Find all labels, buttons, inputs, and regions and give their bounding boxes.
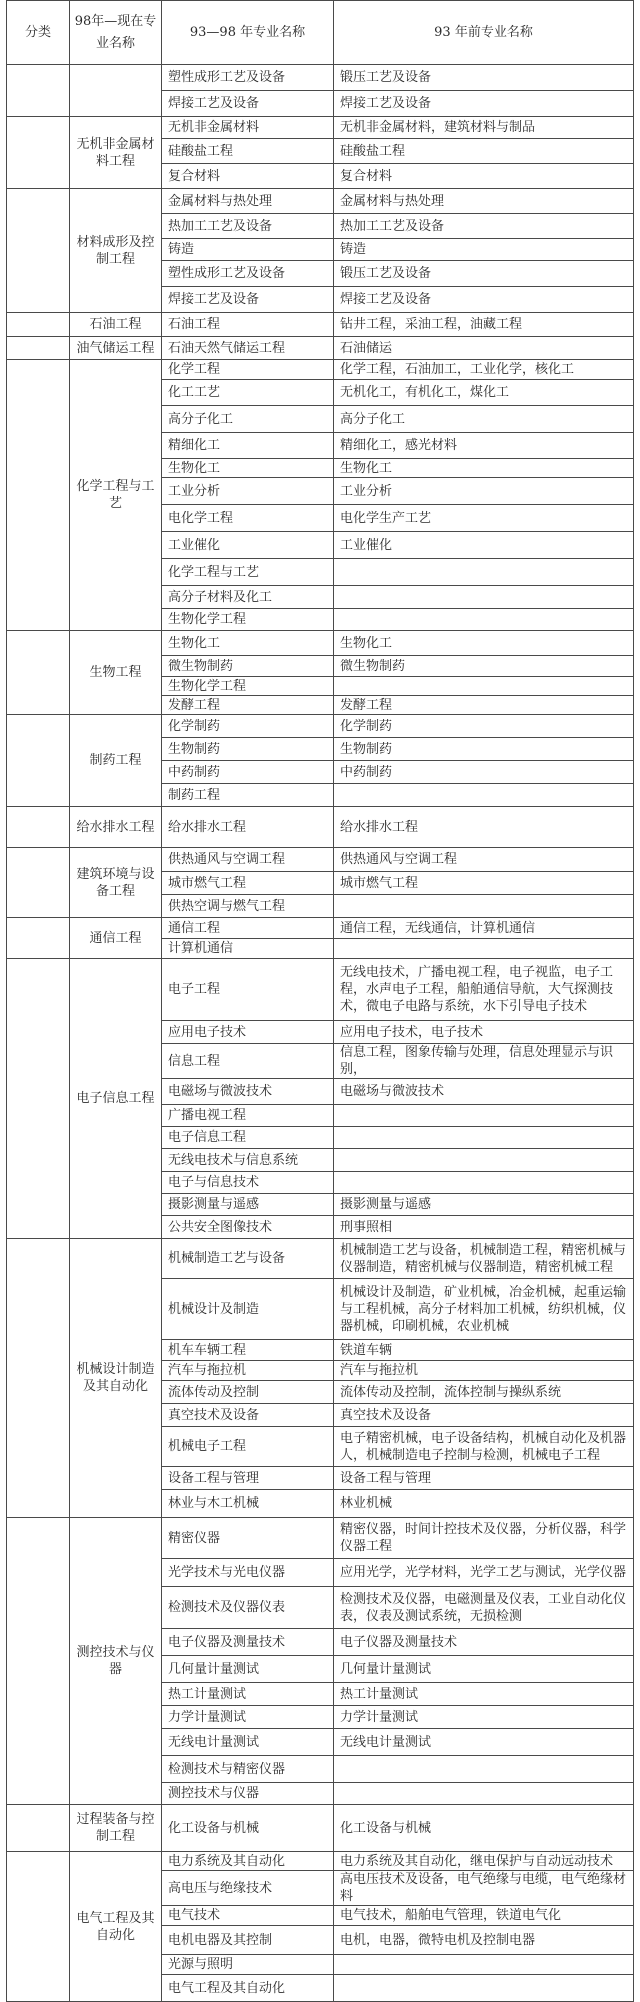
current-major-name: 化学工程与工艺	[70, 360, 162, 631]
old-major-name	[334, 939, 634, 959]
old-major-name: 电力系统及其自动化，继电保护与自动远动技术	[334, 1852, 634, 1871]
old-major-name: 流体传动及控制，流体控制与操纵系统	[334, 1381, 634, 1404]
current-major-name: 建筑环境与设备工程	[70, 848, 162, 918]
old-major-name: 供热通风与空调工程	[334, 848, 634, 872]
old-major-name: 电子仪器及测量技术	[334, 1629, 634, 1656]
mid-major-name: 机械电子工程	[162, 1427, 334, 1467]
current-major-name: 通信工程	[70, 918, 162, 959]
old-major-name: 复合材料	[334, 164, 634, 189]
mid-major-name: 光源与照明	[162, 1955, 334, 1963]
current-major-name: 无机非金属材料工程	[70, 117, 162, 189]
old-major-name: 硅酸盐工程	[334, 139, 634, 164]
mid-major-name: 化工工艺	[162, 380, 334, 406]
old-major-name: 铸造	[334, 239, 634, 261]
old-major-name: 金属材料与热处理	[334, 189, 634, 214]
mid-major-name: 精密仪器	[162, 1518, 334, 1559]
table-header: 分类 98年—现在专业名称 93—98 年专业名称 93 年前专业名称	[7, 1, 634, 65]
mid-major-name: 电子工程	[162, 959, 334, 1021]
category-cell	[7, 360, 70, 631]
mid-major-name: 生物化学工程	[162, 609, 334, 631]
old-major-name: 无线电计量测试	[334, 1729, 634, 1756]
old-major-name: 机械制造工艺与设备，机械制造工程，精密机械与仪器制造，精密机械与仪器制造，精密机…	[334, 1239, 634, 1279]
mid-major-name: 给水排水工程	[162, 807, 334, 848]
current-major-name: 电子信息工程	[70, 959, 162, 1239]
old-major-name	[334, 1783, 634, 1805]
old-major-name: 汽车与拖拉机	[334, 1361, 634, 1381]
mid-major-name: 硅酸盐工程	[162, 139, 334, 164]
old-major-name	[334, 784, 634, 807]
current-major-name: 生物工程	[70, 631, 162, 715]
old-major-name	[334, 895, 634, 918]
mid-major-name: 电机电器及其控制	[162, 1926, 334, 1955]
mid-major-name: 设备工程与管理	[162, 1467, 334, 1490]
old-major-name: 发酵工程	[334, 696, 634, 715]
mid-major-name: 金属材料与热处理	[162, 189, 334, 214]
old-major-name: 真空技术及设备	[334, 1404, 634, 1427]
old-major-name: 给水排水工程	[334, 807, 634, 848]
old-major-name: 焊接工艺及设备	[334, 287, 634, 313]
old-major-name	[334, 1955, 634, 1963]
mid-major-name: 无线电计量测试	[162, 1729, 334, 1756]
mid-major-name: 生物化工	[162, 459, 334, 478]
old-major-name: 力学计量测试	[334, 1706, 634, 1729]
mid-major-name: 生物制药	[162, 738, 334, 761]
mid-major-name: 生物化工	[162, 631, 334, 656]
mid-major-name: 中药制药	[162, 761, 334, 784]
old-major-name	[334, 1149, 634, 1172]
header-category: 分类	[7, 1, 70, 65]
table-row: 给水排水工程给水排水工程给水排水工程	[7, 807, 634, 848]
old-major-name: 焊接工艺及设备	[334, 91, 634, 117]
table-body: 塑性成形工艺及设备锻压工艺及设备焊接工艺及设备焊接工艺及设备无机非金属材料工程无…	[7, 65, 634, 1963]
old-major-name: 设备工程与管理	[334, 1467, 634, 1490]
mid-major-name: 光学技术与光电仪器	[162, 1559, 334, 1587]
old-major-name: 电子精密机械，电子设备结构，机械自动化及机器人，机械制造电子控制与检测，机械电子…	[334, 1427, 634, 1467]
old-major-name: 无机非金属材料，建筑材料与制品	[334, 117, 634, 139]
old-major-name	[334, 609, 634, 631]
mid-major-name: 力学计量测试	[162, 1706, 334, 1729]
category-cell	[7, 65, 70, 117]
mid-major-name: 供热空调与燃气工程	[162, 895, 334, 918]
old-major-name: 通信工程，无线通信，计算机通信	[334, 918, 634, 939]
category-cell	[7, 848, 70, 918]
old-major-name: 化学制药	[334, 715, 634, 738]
category-cell	[7, 807, 70, 848]
mid-major-name: 微生物制药	[162, 656, 334, 677]
mid-major-name: 电子与信息技术	[162, 1172, 334, 1194]
category-cell	[7, 313, 70, 337]
header-old-name: 93 年前专业名称	[334, 1, 634, 65]
old-major-name: 电化学生产工艺	[334, 505, 634, 532]
old-major-name: 生物化工	[334, 631, 634, 656]
mid-major-name: 发酵工程	[162, 696, 334, 715]
mid-major-name: 热加工工艺及设备	[162, 214, 334, 239]
mid-major-name: 无线电技术与信息系统	[162, 1149, 334, 1172]
mid-major-name: 石油工程	[162, 313, 334, 337]
mid-major-name: 化学工程与工艺	[162, 559, 334, 586]
old-major-name: 电气技术，船舶电气管理，铁道电气化	[334, 1906, 634, 1926]
mid-major-name: 化学工程	[162, 360, 334, 380]
mid-major-name: 机械制造工艺与设备	[162, 1239, 334, 1279]
table-row: 无机非金属材料工程无机非金属材料无机非金属材料，建筑材料与制品	[7, 117, 634, 139]
category-cell	[7, 1852, 70, 1963]
mid-major-name: 公共安全图像技术	[162, 1216, 334, 1239]
old-major-name: 刑事照相	[334, 1216, 634, 1239]
mid-major-name: 复合材料	[162, 164, 334, 189]
header-row: 分类 98年—现在专业名称 93—98 年专业名称 93 年前专业名称	[7, 1, 634, 65]
mid-major-name: 高电压与绝缘技术	[162, 1871, 334, 1906]
table-row: 测控技术与仪器精密仪器精密仪器，时间计控技术及仪器，分析仪器，科学仪器工程	[7, 1518, 634, 1559]
old-major-name: 机械设计及制造，矿业机械，冶金机械，起重运输与工程机械，高分子材料加工机械，纺织…	[334, 1279, 634, 1340]
mid-major-name: 电气技术	[162, 1906, 334, 1926]
table-row: 塑性成形工艺及设备锻压工艺及设备	[7, 65, 634, 91]
mid-major-name: 工业催化	[162, 532, 334, 559]
old-major-name: 石油储运	[334, 337, 634, 360]
old-major-name: 精密仪器，时间计控技术及仪器，分析仪器，科学仪器工程	[334, 1518, 634, 1559]
mid-major-name: 几何量计量测试	[162, 1656, 334, 1683]
category-cell	[7, 631, 70, 715]
old-major-name: 林业机械	[334, 1490, 634, 1518]
mid-major-name: 电子仪器及测量技术	[162, 1629, 334, 1656]
current-major-name: 油气储运工程	[70, 337, 162, 360]
mid-major-name: 热工计量测试	[162, 1683, 334, 1706]
mid-major-name: 生物化学工程	[162, 677, 334, 696]
mid-major-name: 检测技术及仪器仪表	[162, 1587, 334, 1629]
major-comparison-table: 分类 98年—现在专业名称 93—98 年专业名称 93 年前专业名称 塑性成形…	[6, 0, 634, 1962]
mid-major-name: 机车车辆工程	[162, 1340, 334, 1361]
old-major-name: 几何量计量测试	[334, 1656, 634, 1683]
header-current-name: 98年—现在专业名称	[70, 1, 162, 65]
table-row: 过程装备与控制工程化工设备与机械化工设备与机械	[7, 1805, 634, 1852]
current-major-name: 给水排水工程	[70, 807, 162, 848]
old-major-name: 电磁场与微波技术	[334, 1079, 634, 1105]
old-major-name	[334, 1105, 634, 1127]
category-cell	[7, 117, 70, 189]
old-major-name: 应用光学，光学材料，光学工艺与测试，光学仪器	[334, 1559, 634, 1587]
old-major-name: 钻井工程，采油工程，油藏工程	[334, 313, 634, 337]
category-cell	[7, 959, 70, 1239]
current-major-name: 过程装备与控制工程	[70, 1805, 162, 1852]
mid-major-name: 电磁场与微波技术	[162, 1079, 334, 1105]
mid-major-name: 城市燃气工程	[162, 872, 334, 895]
mid-major-name: 计算机通信	[162, 939, 334, 959]
old-major-name: 锻压工艺及设备	[334, 261, 634, 287]
mid-major-name: 真空技术及设备	[162, 1404, 334, 1427]
current-major-name	[70, 65, 162, 117]
mid-major-name: 应用电子技术	[162, 1021, 334, 1044]
current-major-name: 电气工程及其自动化	[70, 1852, 162, 1963]
table-row: 化学工程与工艺化学工程化学工程，石油加工，工业化学，核化工	[7, 360, 634, 380]
current-major-name: 机械设计制造及其自动化	[70, 1239, 162, 1518]
mid-major-name: 流体传动及控制	[162, 1381, 334, 1404]
table-row: 机械设计制造及其自动化机械制造工艺与设备机械制造工艺与设备，机械制造工程，精密机…	[7, 1239, 634, 1279]
old-major-name	[334, 1756, 634, 1783]
category-cell	[7, 715, 70, 807]
old-major-name	[334, 1127, 634, 1149]
table-row: 建筑环境与设备工程供热通风与空调工程供热通风与空调工程	[7, 848, 634, 872]
old-major-name: 高分子化工	[334, 406, 634, 433]
old-major-name: 电机，电器，微特电机及控制电器	[334, 1926, 634, 1955]
old-major-name: 热加工工艺及设备	[334, 214, 634, 239]
old-major-name: 热工计量测试	[334, 1683, 634, 1706]
current-major-name: 制药工程	[70, 715, 162, 807]
table-row: 生物工程生物化工生物化工	[7, 631, 634, 656]
old-major-name	[334, 677, 634, 696]
category-cell	[7, 1518, 70, 1805]
mid-major-name: 化工设备与机械	[162, 1805, 334, 1852]
mid-major-name: 测控技术与仪器	[162, 1783, 334, 1805]
old-major-name: 中药制药	[334, 761, 634, 784]
old-major-name: 检测技术及仪器，电磁测量及仪表，工业自动化仪表，仪表及测试系统，无损检测	[334, 1587, 634, 1629]
mid-major-name: 塑性成形工艺及设备	[162, 65, 334, 91]
mid-major-name: 铸造	[162, 239, 334, 261]
mid-major-name: 塑性成形工艺及设备	[162, 261, 334, 287]
old-major-name: 化学工程，石油加工，工业化学，核化工	[334, 360, 634, 380]
mid-major-name: 电力系统及其自动化	[162, 1852, 334, 1871]
current-major-name: 石油工程	[70, 313, 162, 337]
category-cell	[7, 1239, 70, 1518]
old-major-name: 锻压工艺及设备	[334, 65, 634, 91]
mid-major-name: 供热通风与空调工程	[162, 848, 334, 872]
table-row: 电子信息工程电子工程无线电技术，广播电视工程，电子视监，电子工程，水声电子工程，…	[7, 959, 634, 1021]
table-row: 电气工程及其自动化电力系统及其自动化电力系统及其自动化，继电保护与自动远动技术	[7, 1852, 634, 1871]
mid-major-name: 工业分析	[162, 478, 334, 505]
category-cell	[7, 1805, 70, 1852]
old-major-name: 铁道车辆	[334, 1340, 634, 1361]
old-major-name: 无机化工，有机化工，煤化工	[334, 380, 634, 406]
old-major-name: 生物制药	[334, 738, 634, 761]
mid-major-name: 汽车与拖拉机	[162, 1361, 334, 1381]
table-row: 油气储运工程石油天然气储运工程石油储运	[7, 337, 634, 360]
mid-major-name: 摄影测量与遥感	[162, 1194, 334, 1216]
old-major-name	[334, 559, 634, 586]
mid-major-name: 无机非金属材料	[162, 117, 334, 139]
old-major-name: 工业催化	[334, 532, 634, 559]
old-major-name: 城市燃气工程	[334, 872, 634, 895]
table-row: 石油工程石油工程钻井工程，采油工程，油藏工程	[7, 313, 634, 337]
table-row: 通信工程通信工程通信工程，无线通信，计算机通信	[7, 918, 634, 939]
mid-major-name: 高分子化工	[162, 406, 334, 433]
old-major-name: 信息工程，图象传输与处理，信息处理显示与识别，	[334, 1044, 634, 1079]
current-major-name: 材料成形及控制工程	[70, 189, 162, 313]
mid-major-name: 林业与木工机械	[162, 1490, 334, 1518]
mid-major-name: 制药工程	[162, 784, 334, 807]
current-major-name: 测控技术与仪器	[70, 1518, 162, 1805]
category-cell	[7, 918, 70, 959]
mid-major-name: 电子信息工程	[162, 1127, 334, 1149]
mid-major-name: 广播电视工程	[162, 1105, 334, 1127]
header-mid-name: 93—98 年专业名称	[162, 1, 334, 65]
old-major-name: 无线电技术，广播电视工程，电子视监，电子工程，水声电子工程，船舶通信导航，大气探…	[334, 959, 634, 1021]
mid-major-name: 通信工程	[162, 918, 334, 939]
mid-major-name: 石油天然气储运工程	[162, 337, 334, 360]
old-major-name: 精细化工，感光材料	[334, 433, 634, 459]
mid-major-name: 检测技术与精密仪器	[162, 1756, 334, 1783]
old-major-name	[334, 1172, 634, 1194]
mid-major-name: 信息工程	[162, 1044, 334, 1079]
mid-major-name: 电化学工程	[162, 505, 334, 532]
old-major-name: 高电压技术及设备，电气绝缘与电缆，电气绝缘材料	[334, 1871, 634, 1906]
table-row: 材料成形及控制工程金属材料与热处理金属材料与热处理	[7, 189, 634, 214]
old-major-name: 摄影测量与遥感	[334, 1194, 634, 1216]
table-row: 制药工程化学制药化学制药	[7, 715, 634, 738]
mid-major-name: 高分子材料及化工	[162, 586, 334, 609]
old-major-name: 生物化工	[334, 459, 634, 478]
old-major-name: 应用电子技术，电子技术	[334, 1021, 634, 1044]
old-major-name: 微生物制药	[334, 656, 634, 677]
category-cell	[7, 337, 70, 360]
old-major-name: 工业分析	[334, 478, 634, 505]
mid-major-name: 精细化工	[162, 433, 334, 459]
mid-major-name: 焊接工艺及设备	[162, 91, 334, 117]
mid-major-name: 机械设计及制造	[162, 1279, 334, 1340]
mid-major-name: 化学制药	[162, 715, 334, 738]
old-major-name: 化工设备与机械	[334, 1805, 634, 1852]
mid-major-name: 焊接工艺及设备	[162, 287, 334, 313]
category-cell	[7, 189, 70, 313]
old-major-name	[334, 586, 634, 609]
